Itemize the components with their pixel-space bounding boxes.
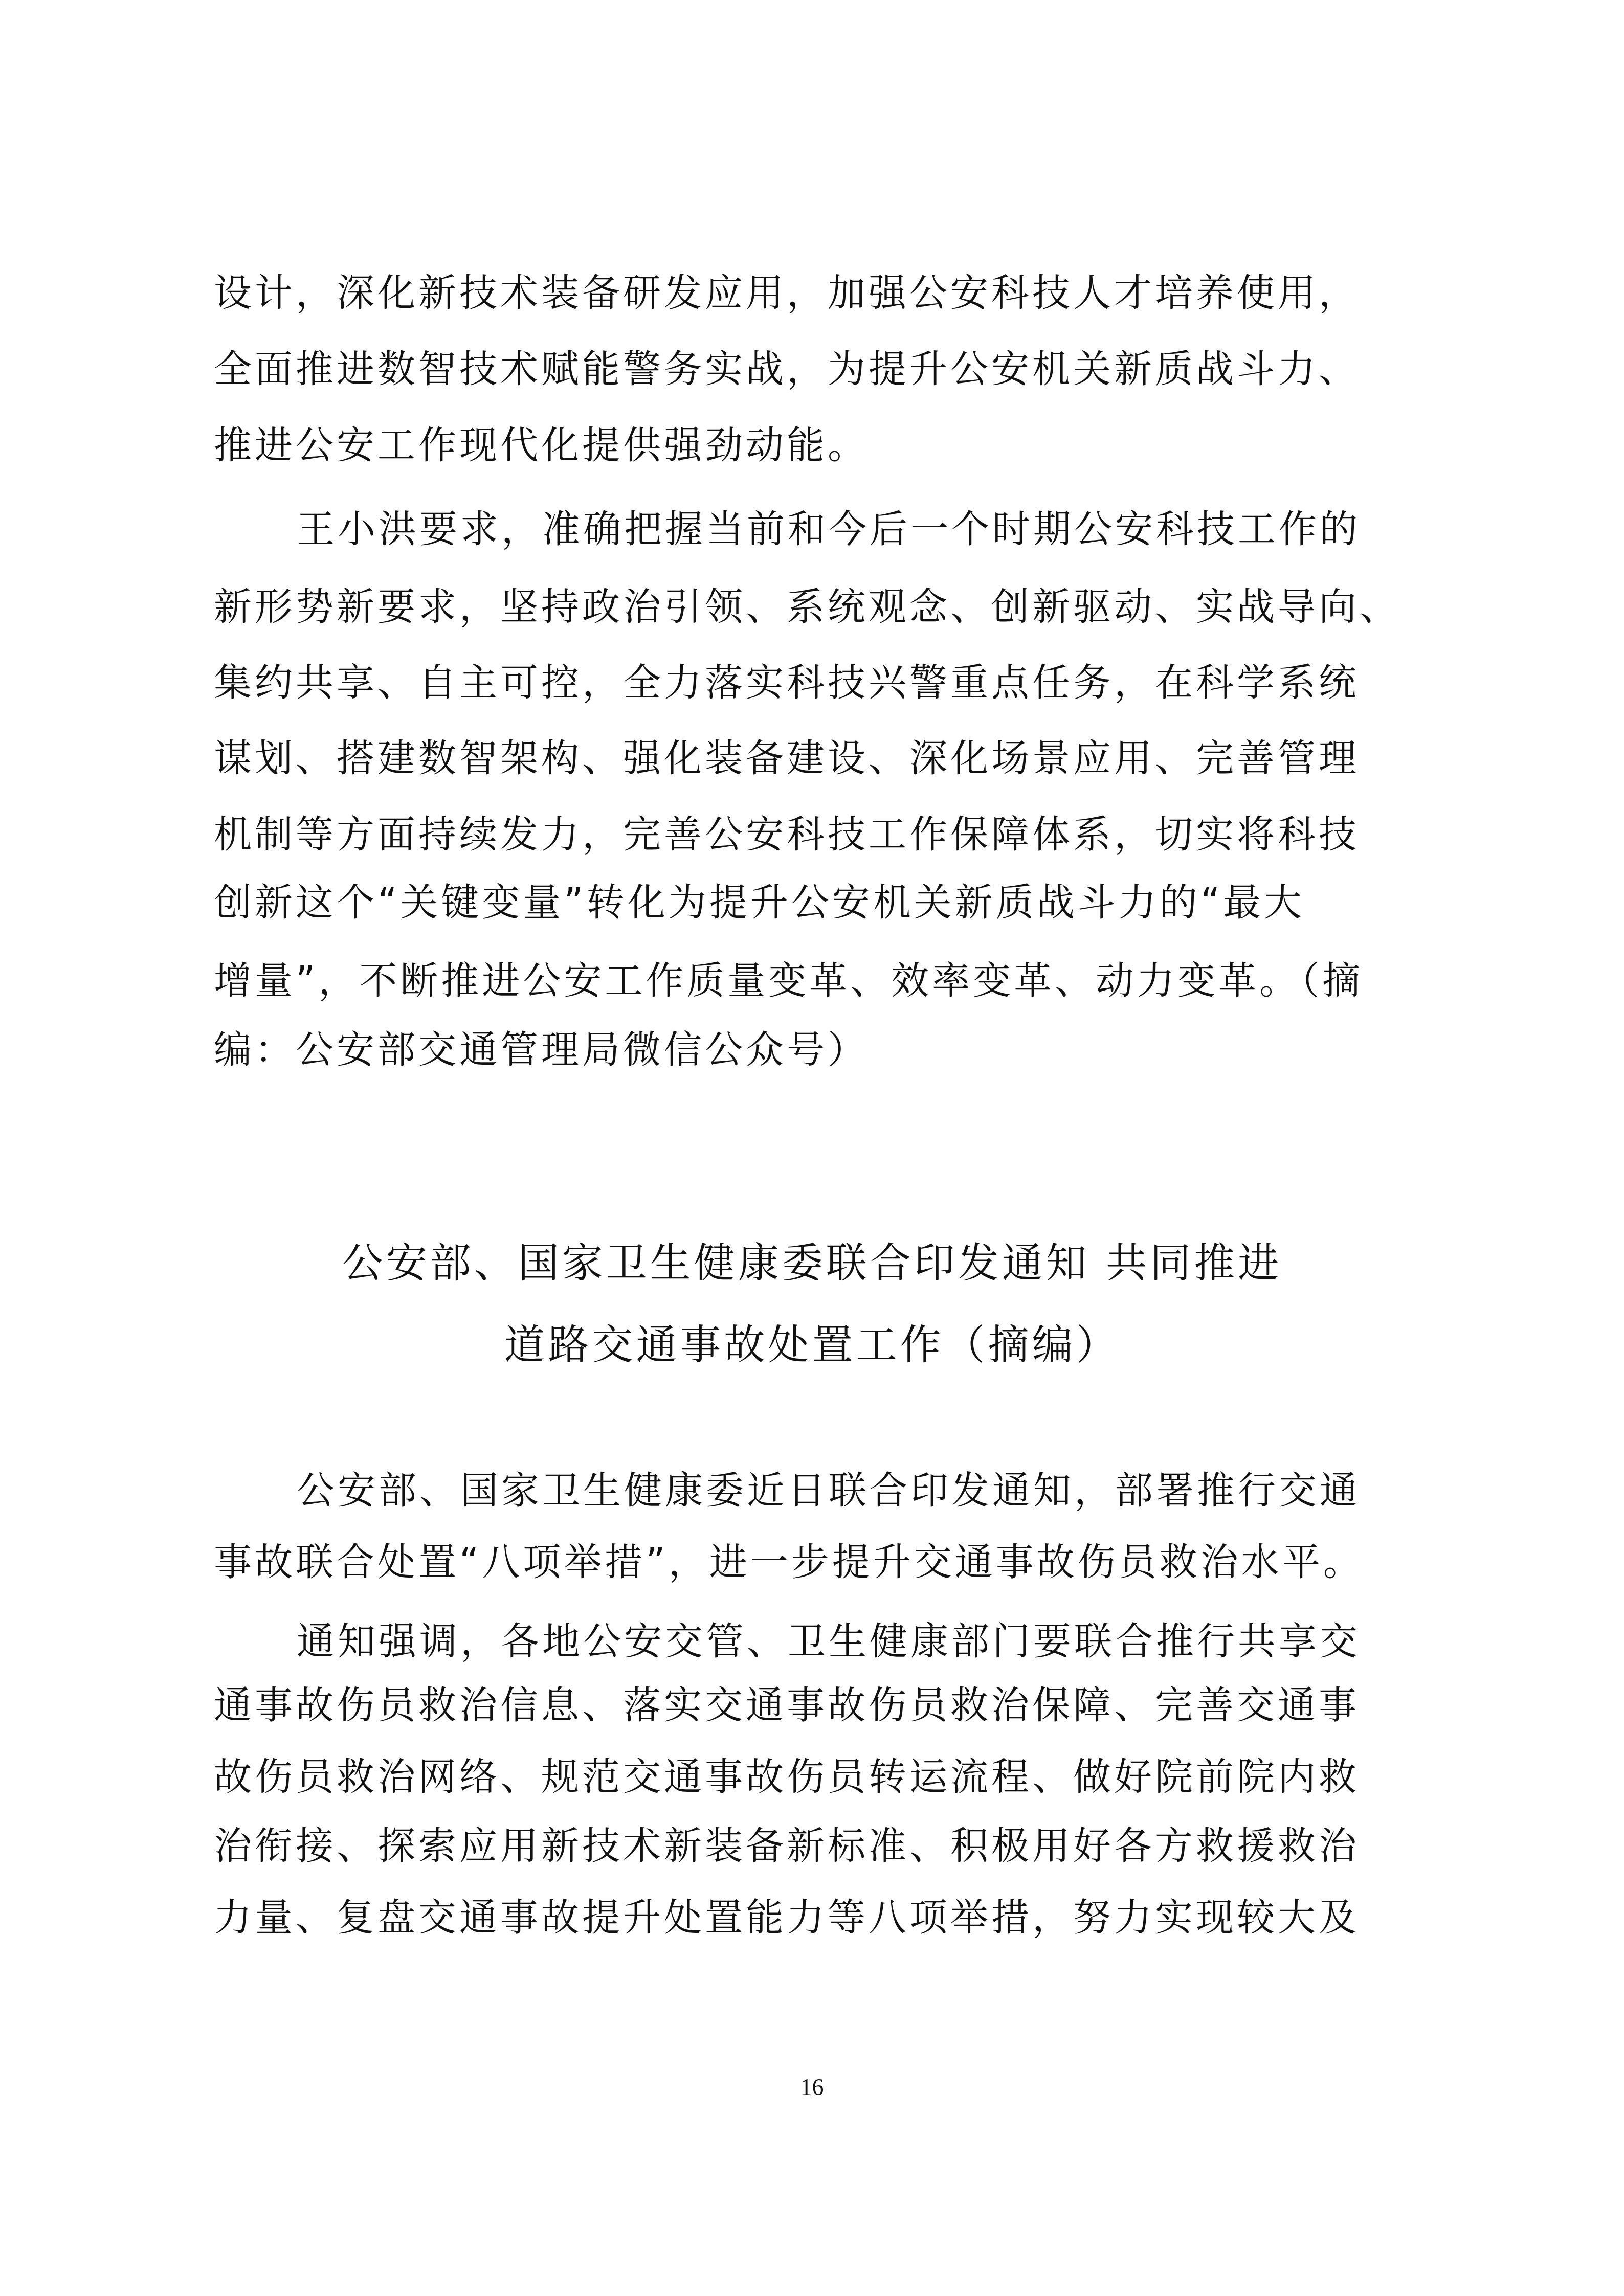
source-attribution: 编：公安部交通管理局微信公众号）	[214, 1027, 1421, 1073]
paragraph-line: 事故联合处置“八项举措”，进一步提升交通事故伤员救治水平。	[214, 1539, 1421, 1585]
paragraph-line: 增量”，不断推进公安工作质量变革、效率变革、动力变革。（摘	[214, 958, 1421, 1004]
paragraph-line: 机制等方面持续发力，完善公安科技工作保障体系，切实将科技	[214, 812, 1421, 858]
article-title-line1: 公安部、国家卫生健康委联合印发通知 共同推进	[0, 1237, 1624, 1289]
paragraph-line: 通知强调，各地公安交管、卫生健康部门要联合推行共享交	[297, 1618, 1421, 1664]
paragraph-line: 集约共享、自主可控，全力落实科技兴警重点任务，在科学系统	[214, 660, 1421, 706]
paragraph-line: 王小洪要求，准确把握当前和今后一个时期公安科技工作的	[297, 506, 1421, 552]
paragraph-line: 推进公安工作现代化提供强劲动能。	[214, 422, 1421, 468]
paragraph-line: 谋划、搭建数智架构、强化装备建设、深化场景应用、完善管理	[214, 735, 1421, 781]
paragraph-line: 故伤员救治网络、规范交通事故伤员转运流程、做好院前院内救	[214, 1754, 1421, 1800]
paragraph-line: 治衔接、探索应用新技术新装备新标准、积极用好各方救援救治	[214, 1823, 1421, 1869]
paragraph-line: 通事故伤员救治信息、落实交通事故伤员救治保障、完善交通事	[214, 1682, 1421, 1728]
paragraph-line: 全面推进数智技术赋能警务实战，为提升公安机关新质战斗力、	[214, 346, 1421, 392]
paragraph-line: 公安部、国家卫生健康委近日联合印发通知，部署推行交通	[297, 1468, 1421, 1514]
paragraph-line: 创新这个“关键变量”转化为提升公安机关新质战斗力的“最大	[214, 880, 1421, 926]
page-number: 16	[0, 2074, 1624, 2101]
article-title-line2: 道路交通事故处置工作（摘编）	[0, 1319, 1624, 1370]
paragraph-line: 力量、复盘交通事故提升处置能力等八项举措，努力实现较大及	[214, 1895, 1421, 1941]
paragraph-line: 新形势新要求，坚持政治引领、系统观念、创新驱动、实战导向、	[214, 584, 1421, 630]
document-page: 设计，深化新技术装备研发应用，加强公安科技人才培养使用， 全面推进数智技术赋能警…	[0, 0, 1624, 2296]
paragraph-line: 设计，深化新技术装备研发应用，加强公安科技人才培养使用，	[214, 270, 1421, 316]
